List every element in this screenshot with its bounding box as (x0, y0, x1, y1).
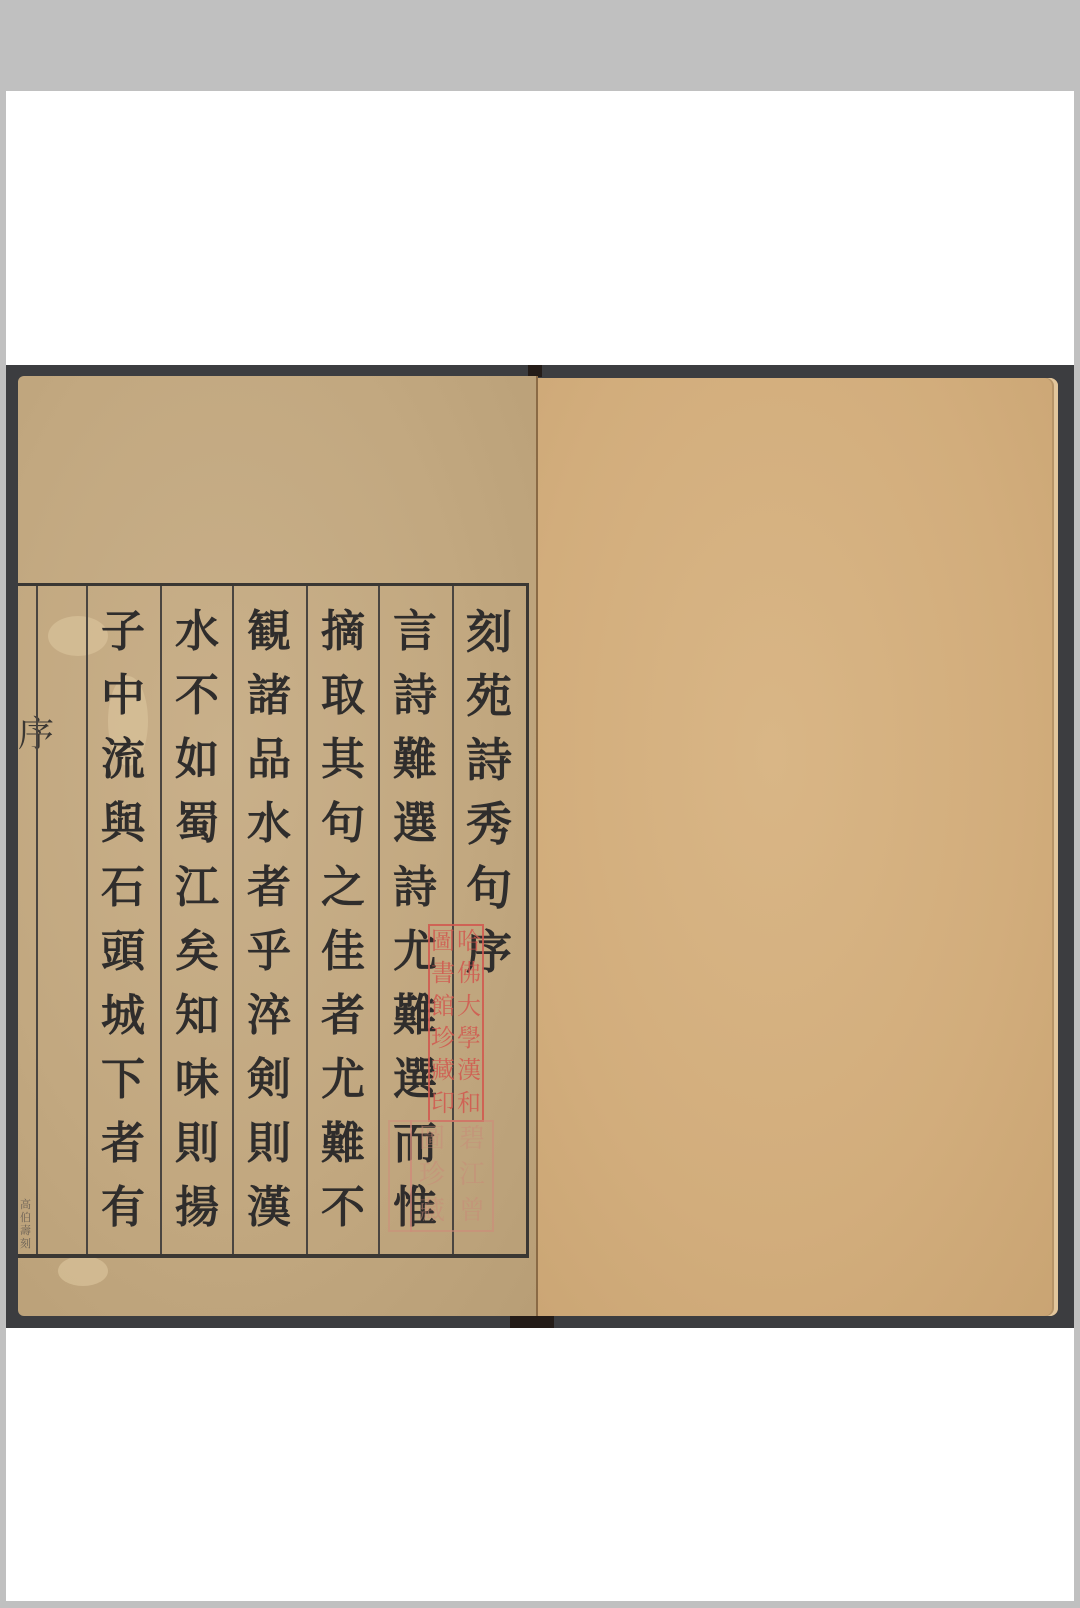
char: 剣 (247, 1048, 291, 1112)
char: 苑 (466, 664, 512, 728)
spine-bottom (510, 1316, 554, 1328)
text-column: 観 諸 品 水 者 乎 淬 剣 則 漢 (232, 586, 306, 1254)
char: 則 (175, 1112, 219, 1176)
char: 観 (247, 600, 291, 664)
char: 佳 (321, 920, 365, 984)
char: 言 (393, 600, 437, 664)
char: 難 (393, 728, 437, 792)
char: 味 (175, 1048, 219, 1112)
char: 選 (393, 792, 437, 856)
seal-char: 館 (430, 991, 456, 1023)
char: 尤 (321, 1048, 365, 1112)
char: 子 (101, 600, 145, 664)
seal-char: 哈 (456, 926, 482, 958)
char: 秀 (466, 792, 512, 856)
char: 石 (101, 856, 145, 920)
faint-seal (388, 1120, 412, 1232)
library-seal: 圖 書 館 珍 藏 印 哈 佛 大 學 漢 和 (428, 924, 484, 1122)
paper-stain (58, 1256, 108, 1286)
char: 難 (321, 1112, 365, 1176)
char: 知 (175, 984, 219, 1048)
char: 流 (101, 728, 145, 792)
text-frame: 刻 苑 詩 秀 句 序 言 詩 難 選 詩 尤 難 選 而 惟 摘 取 其 句 … (18, 583, 529, 1258)
char: 頭 (101, 920, 145, 984)
seal-char: 大 (456, 991, 482, 1023)
char: 詩 (393, 856, 437, 920)
seal-char: 珍 (412, 1158, 452, 1194)
text-column: 水 不 如 蜀 江 矣 知 味 則 揚 (160, 586, 234, 1254)
char: 取 (321, 664, 365, 728)
left-page: 序 刻 苑 詩 秀 句 序 言 詩 難 選 詩 尤 難 選 而 惟 (18, 376, 536, 1316)
char: 句 (321, 792, 365, 856)
char: 乎 (247, 920, 291, 984)
char: 摘 (321, 600, 365, 664)
char: 淬 (247, 984, 291, 1048)
char: 與 (101, 792, 145, 856)
char: 漢 (247, 1176, 291, 1240)
margin-note: 高伯壽刻 (20, 1198, 34, 1250)
char: 者 (247, 856, 291, 920)
char: 中 (101, 664, 145, 728)
char: 不 (175, 664, 219, 728)
char: 詩 (393, 664, 437, 728)
seal-char: 漢 (456, 1055, 482, 1087)
seal-char: 書 (430, 958, 456, 990)
char: 句 (466, 856, 512, 920)
seal-char: 珍 (430, 1023, 456, 1055)
char: 矣 (175, 920, 219, 984)
char: 則 (247, 1112, 291, 1176)
char: 品 (247, 728, 291, 792)
char: 揚 (175, 1176, 219, 1240)
char: 水 (175, 600, 219, 664)
char: 其 (321, 728, 365, 792)
seal-char: 碧 (452, 1122, 492, 1158)
char: 如 (175, 728, 219, 792)
collector-seal: 圖 珍 藏 碧 江 曾 (410, 1120, 494, 1232)
seal-char: 和 (456, 1088, 482, 1120)
seal-char: 印 (430, 1088, 456, 1120)
char: 者 (101, 1112, 145, 1176)
char: 刻 (466, 600, 512, 664)
char: 水 (247, 792, 291, 856)
seal-char: 圖 (430, 926, 456, 958)
right-page-blank (538, 378, 1058, 1316)
column-rule (36, 586, 38, 1254)
char: 有 (101, 1176, 145, 1240)
char: 詩 (466, 728, 512, 792)
char: 諸 (247, 664, 291, 728)
char: 城 (101, 984, 145, 1048)
seal-char: 藏 (412, 1194, 452, 1230)
seal-char: 藏 (430, 1055, 456, 1087)
char: 下 (101, 1048, 145, 1112)
text-column: 摘 取 其 句 之 佳 者 尤 難 不 (306, 586, 380, 1254)
char: 蜀 (175, 792, 219, 856)
seal-char: 佛 (456, 958, 482, 990)
seal-char: 江 (452, 1158, 492, 1194)
text-column: 子 中 流 與 石 頭 城 下 者 有 (86, 586, 160, 1254)
seal-char: 圖 (412, 1122, 452, 1158)
seal-char: 學 (456, 1023, 482, 1055)
char: 者 (321, 984, 365, 1048)
char: 不 (321, 1176, 365, 1240)
char: 之 (321, 856, 365, 920)
seal-char: 曾 (452, 1194, 492, 1230)
char: 江 (175, 856, 219, 920)
